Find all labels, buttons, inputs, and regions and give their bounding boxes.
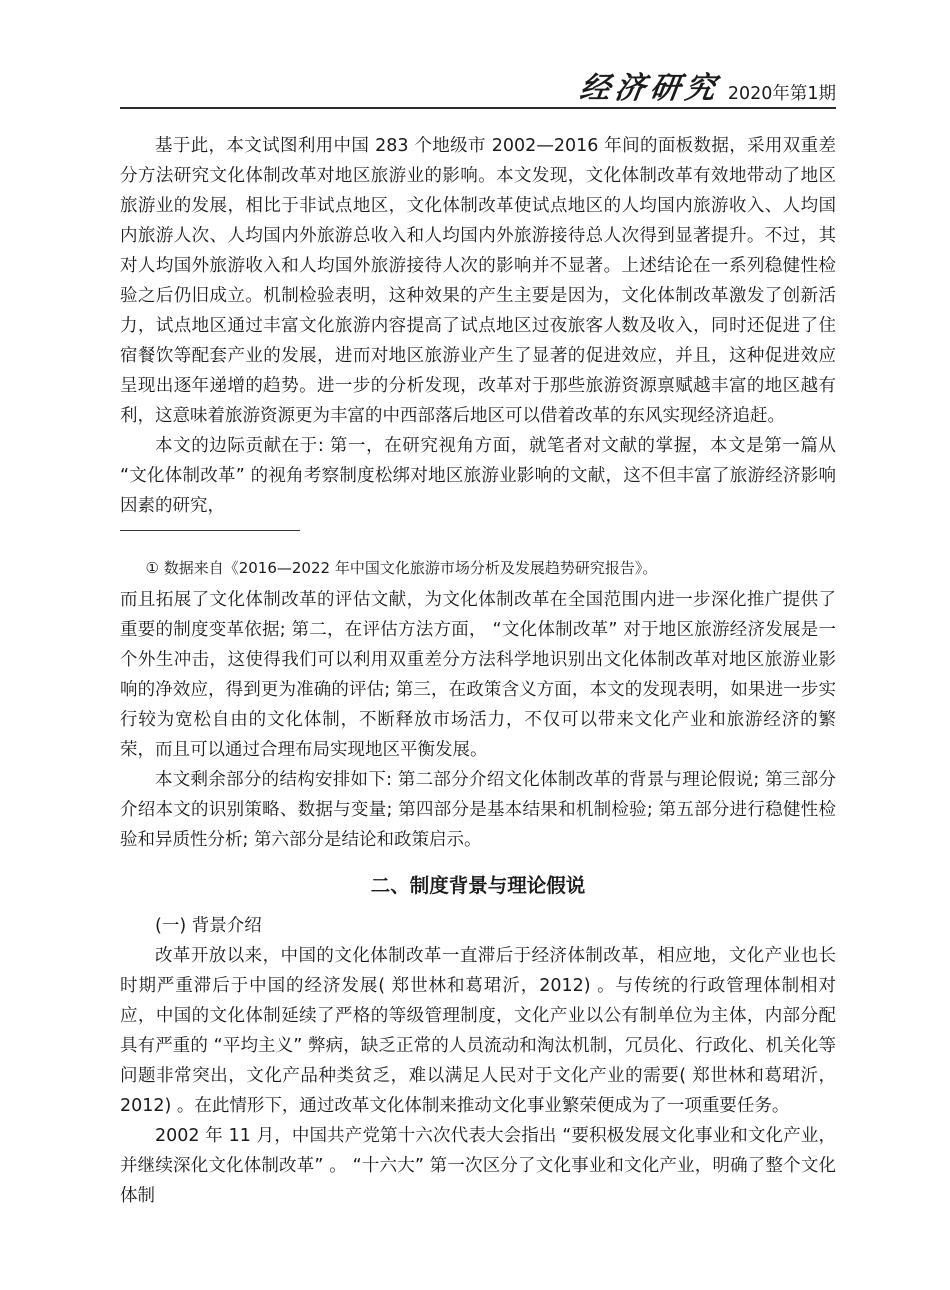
document-page: 经济研究 2020年第1期 基于此，本文试图利用中国 283 个地级市 2002… [0, 0, 950, 1290]
contribution-paragraph-part1: 本文的边际贡献在于: 第一，在研究视角方面，就笔者对文献的掌握，本文是第一篇从 … [120, 431, 836, 521]
background-paragraph-2: 2002 年 11 月，中国共产党第十六次代表大会指出 “要积极发展文化事业和文… [120, 1121, 836, 1211]
background-paragraph-1: 改革开放以来，中国的文化体制改革一直滞后于经济体制改革，相应地，文化产业也长时期… [120, 941, 836, 1121]
contribution-paragraph-part2: 而且拓展了文化体制改革的评估文献，为文化体制改革在全国范围内进一步深化推广提供了… [120, 585, 836, 765]
journal-header: 经济研究 2020年第1期 [120, 0, 836, 109]
issue-label: 2020年第1期 [728, 84, 836, 104]
structure-overview-paragraph: 本文剩余部分的结构安排如下: 第二部分介绍文化体制改革的背景与理论假说; 第三部… [120, 765, 836, 855]
journal-logo: 经济研究 [578, 74, 722, 104]
subsection-heading: (一) 背景介绍 [120, 911, 836, 941]
article-body: 基于此，本文试图利用中国 283 个地级市 2002—2016 年间的面板数据，… [120, 109, 836, 1211]
section-heading: 二、制度背景与理论假说 [120, 871, 836, 901]
abstract-paragraph: 基于此，本文试图利用中国 283 个地级市 2002—2016 年间的面板数据，… [120, 131, 836, 431]
footnote-separator [120, 530, 300, 531]
footnote-1: ① 数据来自《2016—2022 年中国文化旅游市场分析及发展趋势研究报告》。 [120, 557, 836, 579]
